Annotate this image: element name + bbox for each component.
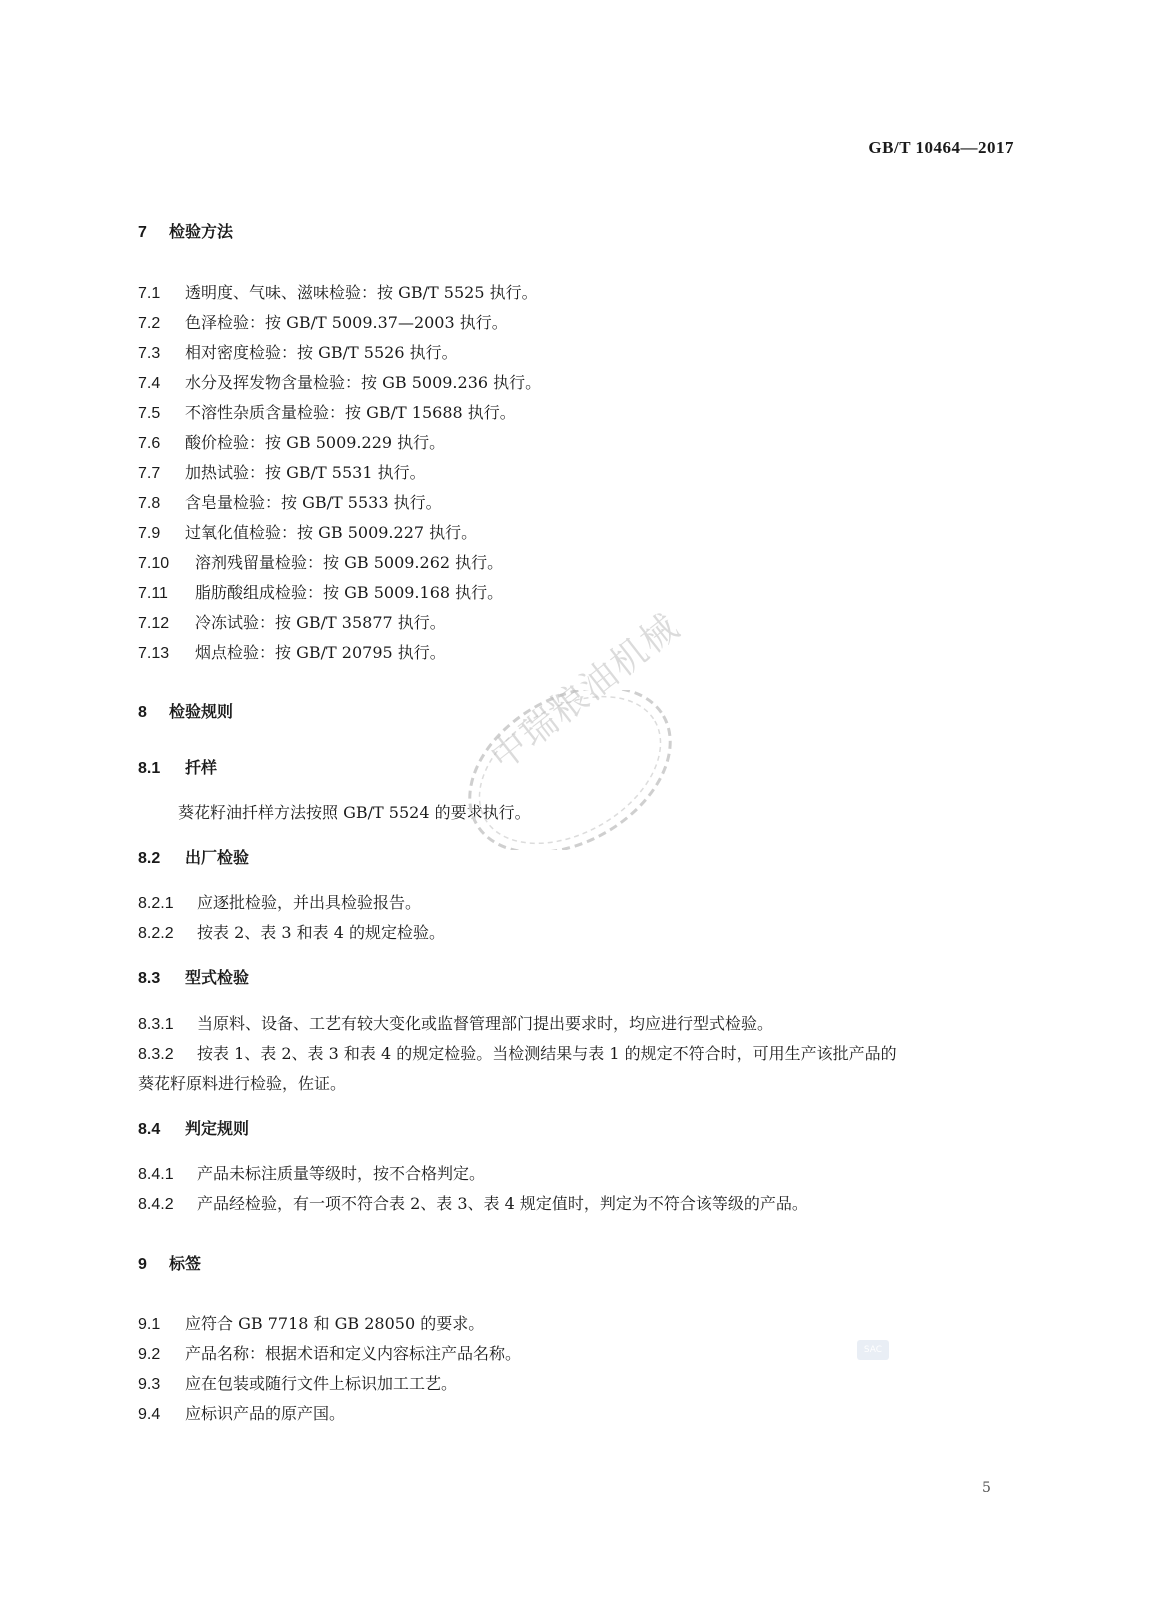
section-title: 标签 [169,1254,201,1273]
clause-9-1: 9.1应符合 GB 7718 和 GB 28050 的要求。 [138,1314,484,1335]
section-title: 检验方法 [169,222,233,241]
subsection-8-1-body: 葵花籽油扦样方法按照 GB/T 5524 的要求执行。 [178,803,531,823]
watermark-text: 中瑞粮油机械 [478,600,689,781]
section-9-heading: 9标签 [138,1254,201,1275]
clause-number: 7.11 [138,584,195,604]
clause-number: 8.4.1 [138,1165,197,1185]
subsection-number: 8.3 [138,969,185,989]
clause-8-3-2: 8.3.2按表 1、表 2、表 3 和表 4 的规定检验。当检测结果与表 1 的… [138,1044,897,1065]
clause-number: 7.3 [138,344,185,364]
clause-text: 相对密度检验：按 GB/T 5526 执行。 [185,343,458,362]
clause-text: 产品名称：根据术语和定义内容标注产品名称。 [185,1344,521,1363]
clause-8-3-2-continuation: 葵花籽原料进行检验，佐证。 [138,1074,346,1094]
clause-8-2-2: 8.2.2按表 2、表 3 和表 4 的规定检验。 [138,923,445,944]
clause-text: 烟点检验：按 GB/T 20795 执行。 [195,643,446,662]
clause-number: 7.4 [138,374,185,394]
subsection-number: 8.4 [138,1120,185,1140]
sac-logo-icon: SAC [857,1340,889,1360]
subsection-title: 出厂检验 [185,848,249,867]
clause-text: 按表 2、表 3 和表 4 的规定检验。 [197,923,445,942]
clause-number: 8.4.2 [138,1195,197,1215]
subsection-8-3-heading: 8.3型式检验 [138,968,249,989]
clause-text: 透明度、气味、滋味检验：按 GB/T 5525 执行。 [185,283,538,302]
clause-number: 7.12 [138,614,195,634]
section-number: 7 [138,223,169,243]
section-number: 8 [138,703,169,723]
clause-7-12: 7.12冷冻试验：按 GB/T 35877 执行。 [138,613,446,634]
section-7-heading: 7检验方法 [138,222,233,243]
subsection-number: 8.2 [138,849,185,869]
clause-number: 8.2.1 [138,894,197,914]
clause-text: 色泽检验：按 GB/T 5009.37—2003 执行。 [185,313,508,332]
clause-number: 8.3.1 [138,1015,197,1035]
clause-9-4: 9.4应标识产品的原产国。 [138,1404,345,1425]
watermark-stamp-icon [455,690,685,850]
clause-text: 产品经检验，有一项不符合表 2、表 3、表 4 规定值时，判定为不符合该等级的产… [197,1194,808,1213]
clause-9-2: 9.2产品名称：根据术语和定义内容标注产品名称。 [138,1344,521,1365]
subsection-number: 8.1 [138,759,185,779]
clause-7-3: 7.3相对密度检验：按 GB/T 5526 执行。 [138,343,458,364]
clause-7-4: 7.4水分及挥发物含量检验：按 GB 5009.236 执行。 [138,373,541,394]
document-page: GB/T 10464—2017 7检验方法 7.1透明度、气味、滋味检验：按 G… [0,0,1157,1599]
clause-text: 过氧化值检验：按 GB 5009.227 执行。 [185,523,477,542]
clause-number: 7.10 [138,554,195,574]
clause-number: 7.7 [138,464,185,484]
clause-8-2-1: 8.2.1应逐批检验，并出具检验报告。 [138,893,421,914]
clause-9-3: 9.3应在包装或随行文件上标识加工工艺。 [138,1374,457,1395]
subsection-8-2-heading: 8.2出厂检验 [138,848,249,869]
clause-7-8: 7.8含皂量检验：按 GB/T 5533 执行。 [138,493,442,514]
clause-number: 9.2 [138,1345,185,1365]
clause-number: 9.3 [138,1375,185,1395]
clause-7-7: 7.7加热试验：按 GB/T 5531 执行。 [138,463,426,484]
clause-number: 7.1 [138,284,185,304]
clause-7-10: 7.10溶剂残留量检验：按 GB 5009.262 执行。 [138,553,503,574]
clause-text: 当原料、设备、工艺有较大变化或监督管理部门提出要求时，均应进行型式检验。 [197,1014,773,1033]
clause-number: 9.1 [138,1315,185,1335]
section-number: 9 [138,1255,169,1275]
clause-number: 8.2.2 [138,924,197,944]
clause-text: 水分及挥发物含量检验：按 GB 5009.236 执行。 [185,373,541,392]
clause-text: 冷冻试验：按 GB/T 35877 执行。 [195,613,446,632]
clause-text: 加热试验：按 GB/T 5531 执行。 [185,463,426,482]
clause-number: 7.8 [138,494,185,514]
clause-number: 7.5 [138,404,185,424]
clause-text: 应逐批检验，并出具检验报告。 [197,893,421,912]
subsection-title: 扦样 [185,758,217,777]
clause-number: 9.4 [138,1405,185,1425]
clause-number: 7.13 [138,644,195,664]
subsection-title: 判定规则 [185,1119,249,1138]
clause-8-4-1: 8.4.1产品未标注质量等级时，按不合格判定。 [138,1164,485,1185]
clause-number: 8.3.2 [138,1045,197,1065]
clause-text: 溶剂残留量检验：按 GB 5009.262 执行。 [195,553,503,572]
clause-text: 不溶性杂质含量检验：按 GB/T 15688 执行。 [185,403,516,422]
subsection-8-4-heading: 8.4判定规则 [138,1119,249,1140]
clause-7-1: 7.1透明度、气味、滋味检验：按 GB/T 5525 执行。 [138,283,538,304]
subsection-8-1-heading: 8.1扦样 [138,758,217,779]
section-title: 检验规则 [169,702,233,721]
clause-text: 脂肪酸组成检验：按 GB 5009.168 执行。 [195,583,503,602]
clause-text: 应在包装或随行文件上标识加工工艺。 [185,1374,457,1393]
clause-text: 酸价检验：按 GB 5009.229 执行。 [185,433,445,452]
section-8-heading: 8检验规则 [138,702,233,723]
page-number: 5 [982,1480,991,1496]
clause-text: 应符合 GB 7718 和 GB 28050 的要求。 [185,1314,484,1333]
clause-number: 7.2 [138,314,185,334]
clause-text: 应标识产品的原产国。 [185,1404,345,1423]
clause-7-9: 7.9过氧化值检验：按 GB 5009.227 执行。 [138,523,477,544]
clause-7-2: 7.2色泽检验：按 GB/T 5009.37—2003 执行。 [138,313,508,334]
clause-number: 7.9 [138,524,185,544]
clause-number: 7.6 [138,434,185,454]
clause-8-4-2: 8.4.2产品经检验，有一项不符合表 2、表 3、表 4 规定值时，判定为不符合… [138,1194,808,1215]
subsection-title: 型式检验 [185,968,249,987]
clause-7-13: 7.13烟点检验：按 GB/T 20795 执行。 [138,643,446,664]
clause-7-5: 7.5不溶性杂质含量检验：按 GB/T 15688 执行。 [138,403,516,424]
clause-text: 按表 1、表 2、表 3 和表 4 的规定检验。当检测结果与表 1 的规定不符合… [197,1044,897,1063]
clause-text: 含皂量检验：按 GB/T 5533 执行。 [185,493,442,512]
clause-7-6: 7.6酸价检验：按 GB 5009.229 执行。 [138,433,445,454]
clause-text: 产品未标注质量等级时，按不合格判定。 [197,1164,485,1183]
standard-code: GB/T 10464—2017 [868,138,1014,158]
clause-8-3-1: 8.3.1当原料、设备、工艺有较大变化或监督管理部门提出要求时，均应进行型式检验… [138,1014,773,1035]
clause-7-11: 7.11脂肪酸组成检验：按 GB 5009.168 执行。 [138,583,503,604]
